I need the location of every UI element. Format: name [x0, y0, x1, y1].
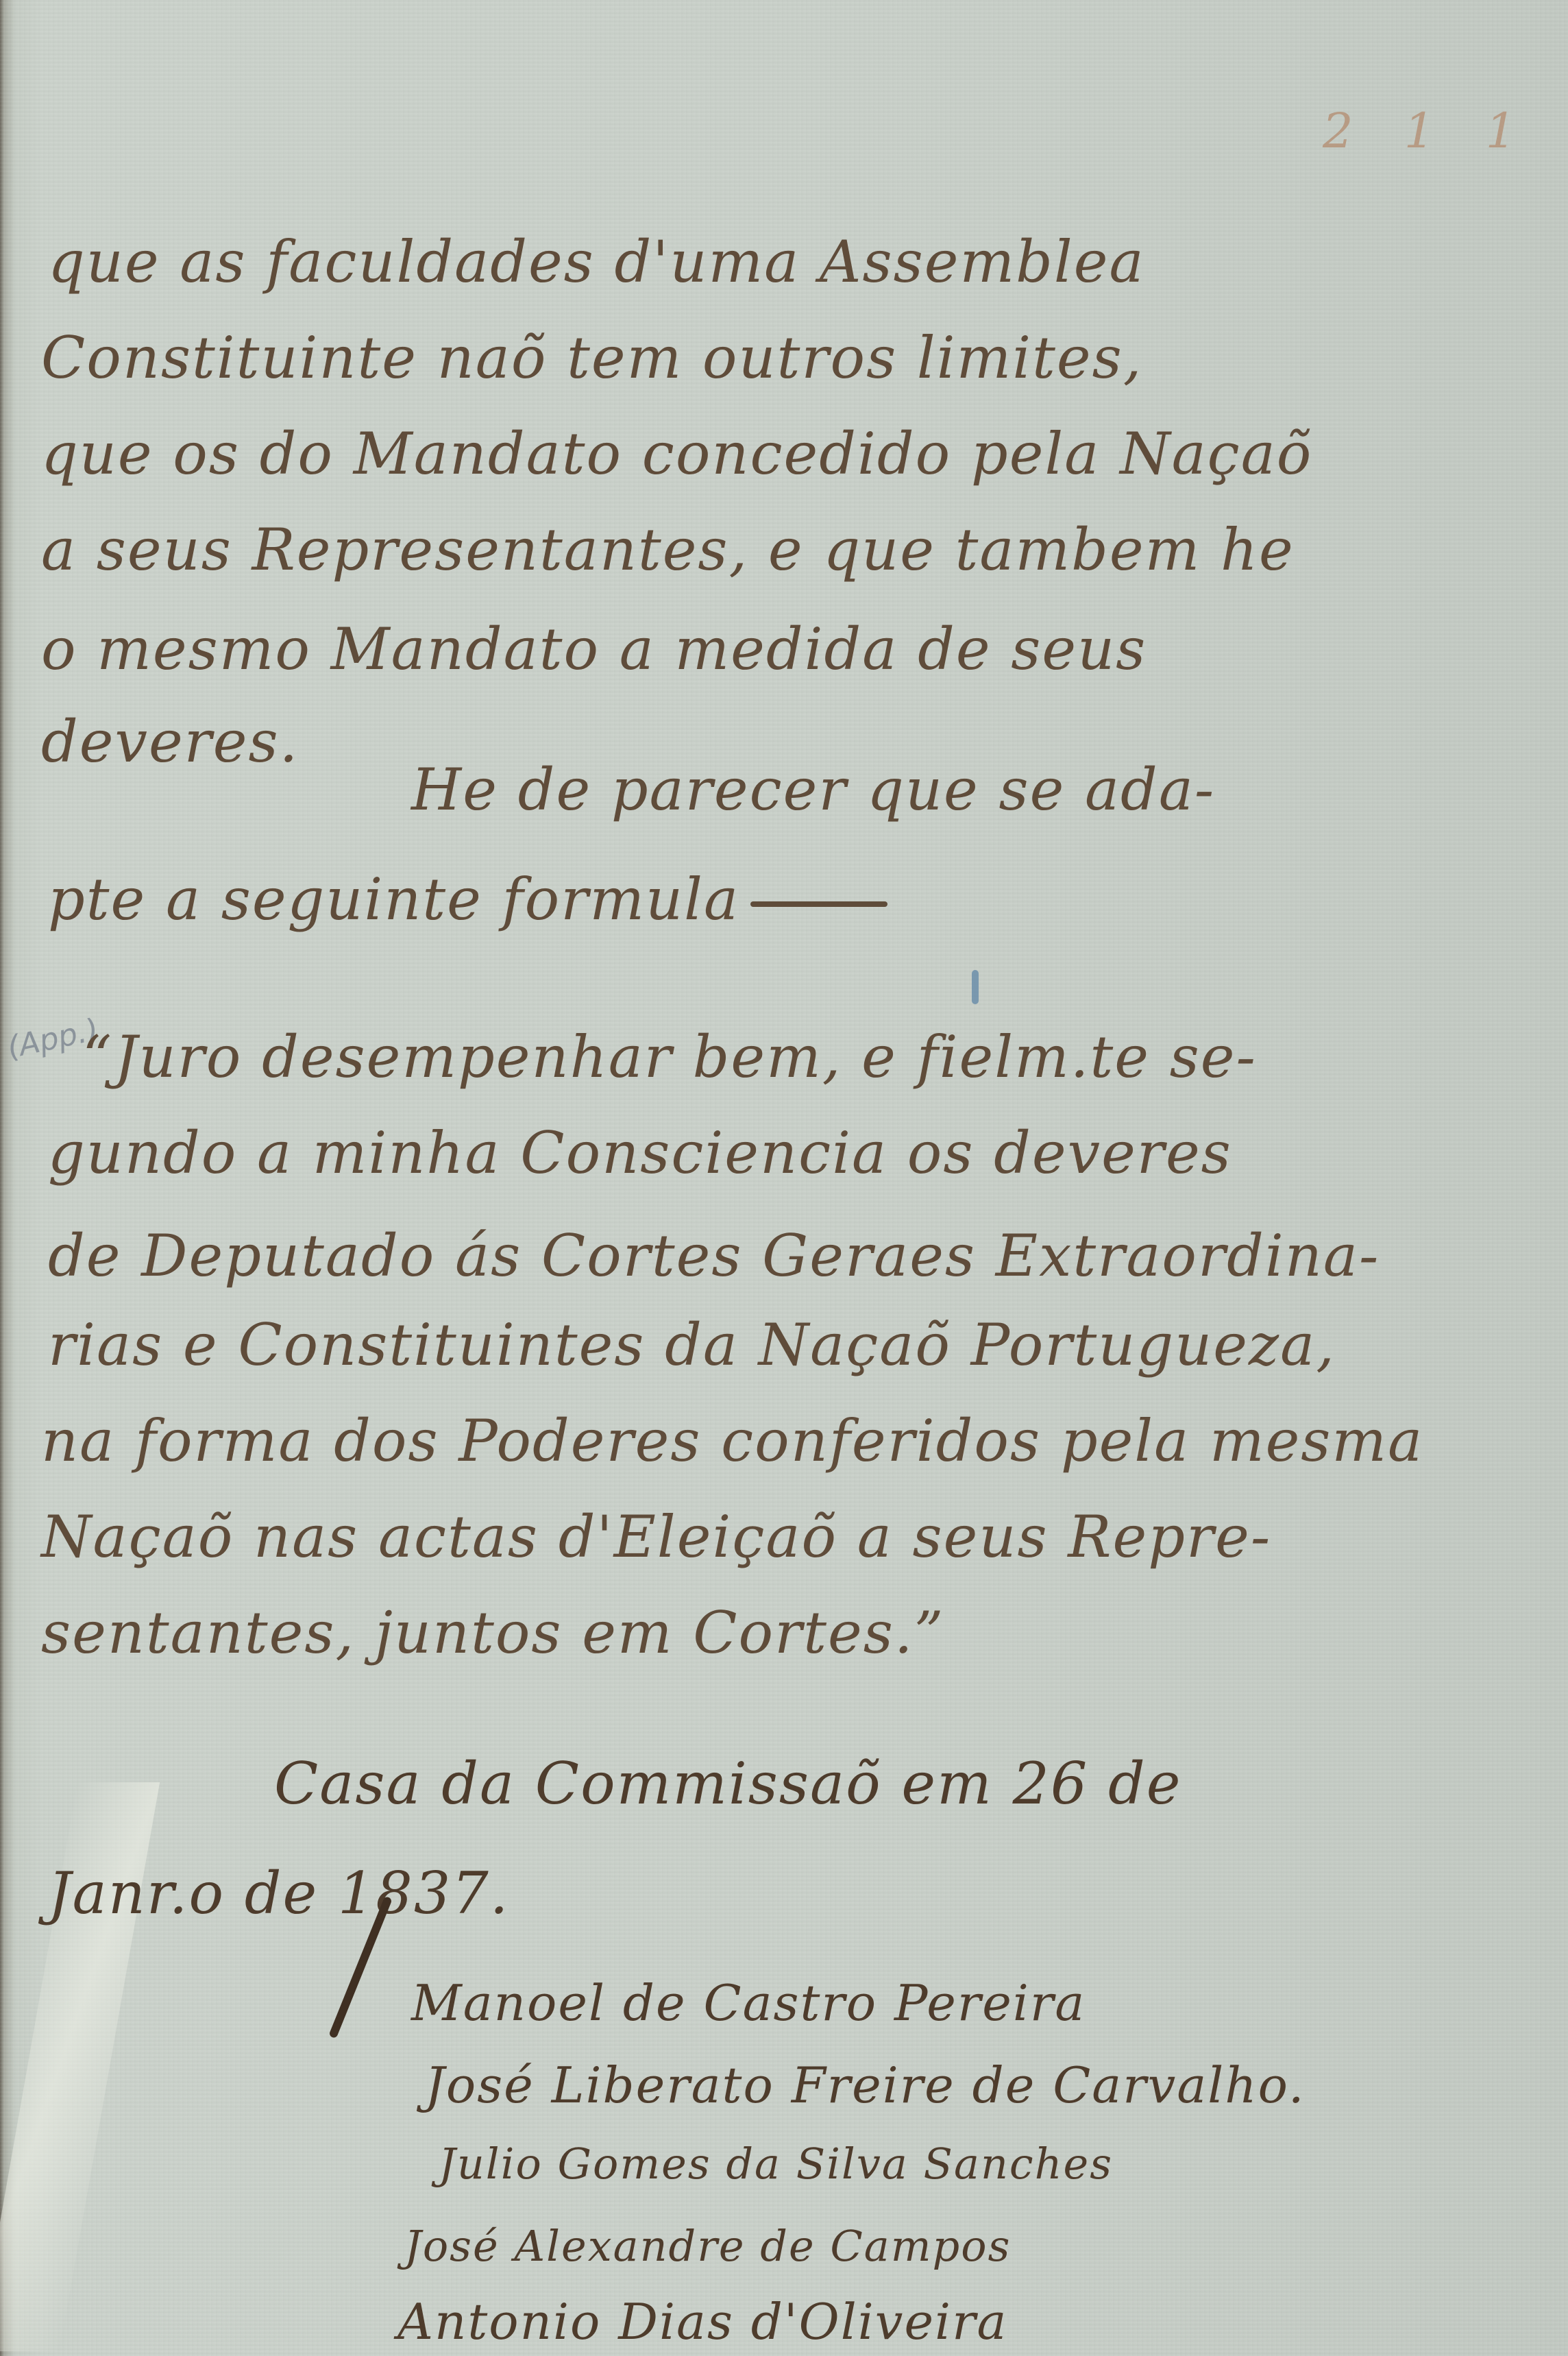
signature-3: Julio Gomes da Silva Sanches: [439, 2139, 1113, 2189]
folio-number: 2 1 1: [1323, 103, 1534, 159]
oath-line-4: rias e Constituintes da Naçaõ Portugueza…: [48, 1316, 1336, 1374]
body-line-5: o mesmo Mandato a medida de seus: [41, 620, 1147, 678]
signature-5: Antonio Dias d'Oliveira: [397, 2293, 1007, 2351]
oath-line-2: gundo a minha Consciencia os deveres: [48, 1124, 1232, 1182]
body-line-3: que os do Mandato concedido pela Naçaõ: [41, 425, 1312, 483]
resolution-line-2-text: pte a seguinte formula: [48, 866, 739, 933]
dash-rule: [750, 901, 887, 907]
body-line-2: Constituinte naõ tem outros limites,: [41, 329, 1142, 387]
closing-date-line: Janr.o de 1837.: [48, 1865, 509, 1922]
oath-line-6: Naçaõ nas actas d'Eleiçaõ a seus Repre-: [41, 1508, 1271, 1566]
resolution-line-1: He de parecer que se ada-: [411, 761, 1215, 818]
body-line-4: a seus Representantes, e que tambem he: [41, 521, 1295, 579]
oath-line-3: de Deputado ás Cortes Geraes Extraordina…: [48, 1227, 1380, 1285]
resolution-line-2: pte a seguinte formula: [48, 871, 887, 928]
closing-place-line: Casa da Commissaõ em 26 de: [274, 1755, 1182, 1812]
manuscript-page: 2 1 1 que as faculdades d'uma Assemblea …: [0, 0, 1568, 2356]
blue-ink-mark: [972, 970, 979, 1004]
body-line-6: deveres.: [41, 713, 299, 770]
signature-2: José Liberato Freire de Carvalho.: [425, 2056, 1306, 2114]
oath-line-5: na forma dos Poderes conferidos pela mes…: [41, 1412, 1423, 1470]
oath-line-7: sentantes, juntos em Cortes.”: [41, 1604, 945, 1662]
oath-line-1: “Juro desempenhar bem, e fielm.te se-: [82, 1028, 1257, 1086]
body-line-1: que as faculdades d'uma Assemblea: [48, 233, 1145, 291]
signature-4: José Alexandre de Campos: [404, 2221, 1011, 2271]
signature-1: Manoel de Castro Pereira: [411, 1974, 1086, 2032]
